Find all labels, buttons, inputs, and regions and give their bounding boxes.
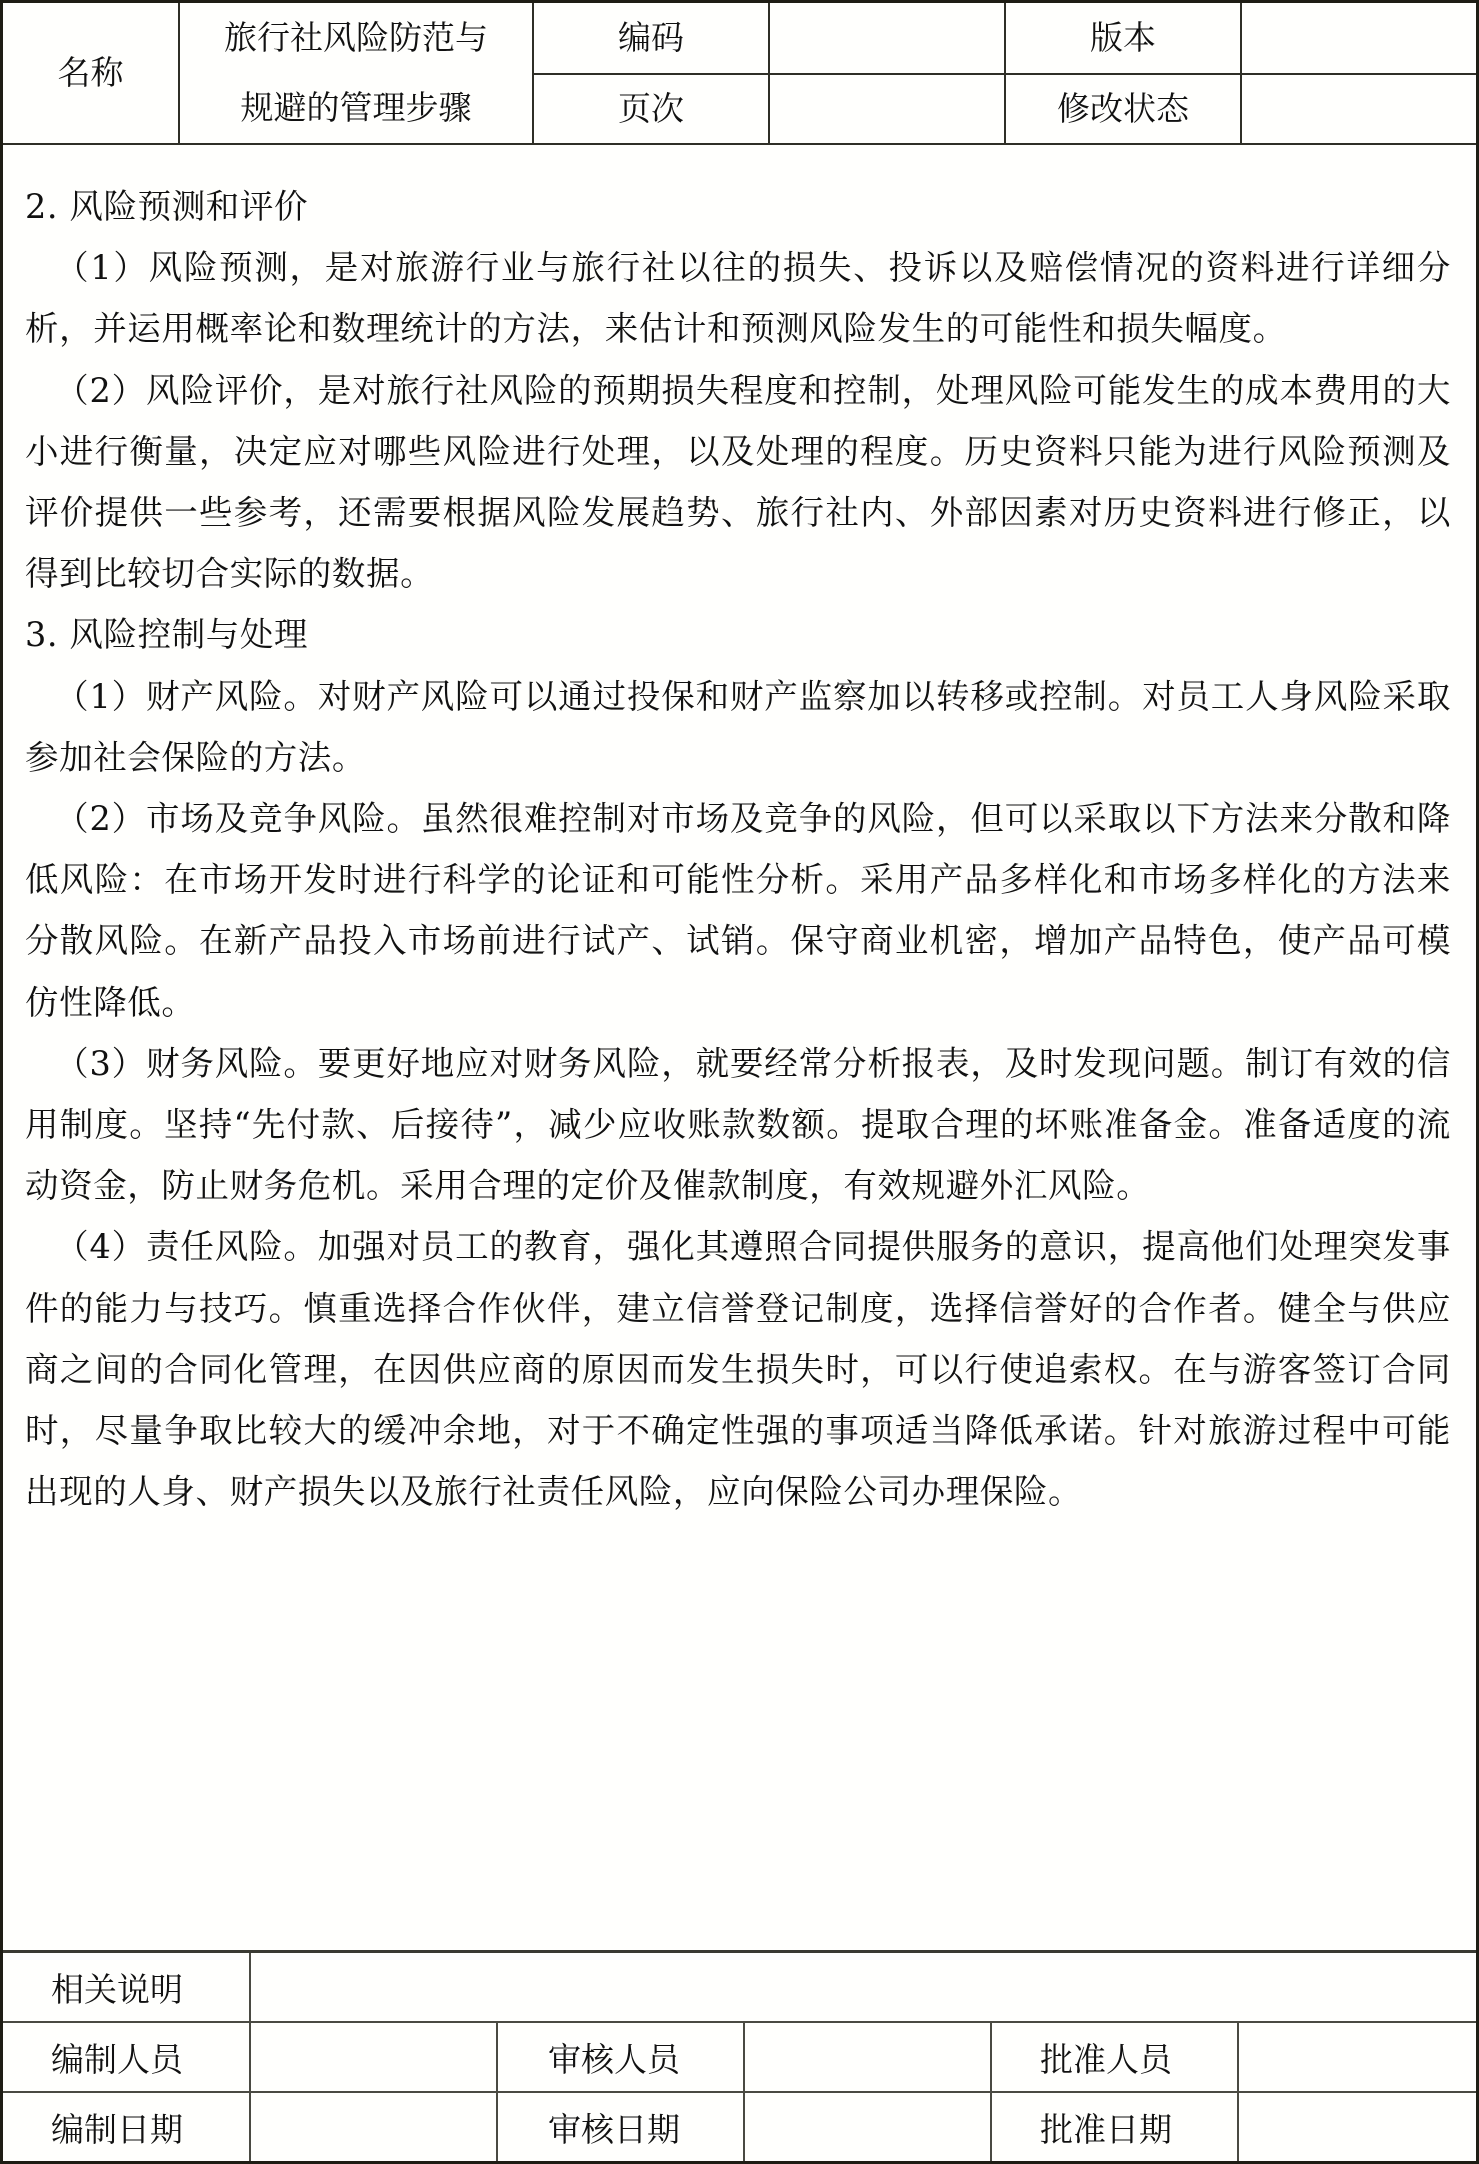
version-label: 版本 [1005, 3, 1241, 74]
approved-by-value[interactable] [1238, 2022, 1476, 2092]
prepared-date-value[interactable] [250, 2092, 497, 2161]
notes-label: 相关说明 [3, 1953, 250, 2022]
header-table: 名称 旅行社风险防范与 规避的管理步骤 编码 版本 页次 修改状态 [3, 3, 1476, 145]
paragraph: （3）财务风险。要更好地应对财务风险，就要经常分析报表，及时发现问题。制订有效的… [25, 1033, 1451, 1217]
prepared-by-label: 编制人员 [3, 2022, 250, 2092]
paragraph: （2）市场及竞争风险。虽然很难控制对市场及竞争的风险，但可以采取以下方法来分散和… [25, 788, 1451, 1033]
name-label: 名称 [3, 3, 179, 144]
body-content: 2. 风险预测和评价 （1）风险预测，是对旅游行业与旅行社以往的损失、投诉以及赔… [3, 143, 1476, 1522]
approved-date-value[interactable] [1238, 2092, 1476, 2161]
reviewed-date-value[interactable] [744, 2092, 991, 2161]
prepared-date-label: 编制日期 [3, 2092, 250, 2161]
reviewed-by-value[interactable] [744, 2022, 991, 2092]
code-label: 编码 [533, 3, 769, 74]
prepared-by-value[interactable] [250, 2022, 497, 2092]
document-body: 2. 风险预测和评价 （1）风险预测，是对旅游行业与旅行社以往的损失、投诉以及赔… [3, 143, 1476, 1953]
code-value[interactable] [769, 3, 1005, 74]
title-line-1: 旅行社风险防范与 [180, 3, 532, 73]
section-heading: 3. 风险控制与处理 [25, 604, 1451, 665]
document-title: 旅行社风险防范与 规避的管理步骤 [179, 3, 533, 144]
document-page: 名称 旅行社风险防范与 规避的管理步骤 编码 版本 页次 修改状态 2. 风险预… [3, 3, 1476, 2161]
approved-date-label: 批准日期 [991, 2092, 1238, 2161]
paragraph: （2）风险评价，是对旅行社风险的预期损失程度和控制，处理风险可能发生的成本费用的… [25, 360, 1451, 605]
reviewed-by-label: 审核人员 [497, 2022, 744, 2092]
paragraph: （4）责任风险。加强对员工的教育，强化其遵照合同提供服务的意识，提高他们处理突发… [25, 1216, 1451, 1522]
page-value[interactable] [769, 74, 1005, 145]
reviewed-date-label: 审核日期 [497, 2092, 744, 2161]
signoff-table: 相关说明 编制人员 审核人员 批准人员 编制日期 审核日期 批准日期 [3, 1953, 1476, 2161]
revision-value[interactable] [1241, 74, 1476, 145]
version-value[interactable] [1241, 3, 1476, 74]
notes-value[interactable] [250, 1953, 1476, 2022]
title-line-2: 规避的管理步骤 [180, 73, 532, 143]
page-label: 页次 [533, 74, 769, 145]
paragraph: （1）财产风险。对财产风险可以通过投保和财产监察加以转移或控制。对员工人身风险采… [25, 666, 1451, 788]
revision-label: 修改状态 [1005, 74, 1241, 145]
paragraph: （1）风险预测，是对旅游行业与旅行社以往的损失、投诉以及赔偿情况的资料进行详细分… [25, 237, 1451, 359]
section-heading: 2. 风险预测和评价 [25, 176, 1451, 237]
approved-by-label: 批准人员 [991, 2022, 1238, 2092]
